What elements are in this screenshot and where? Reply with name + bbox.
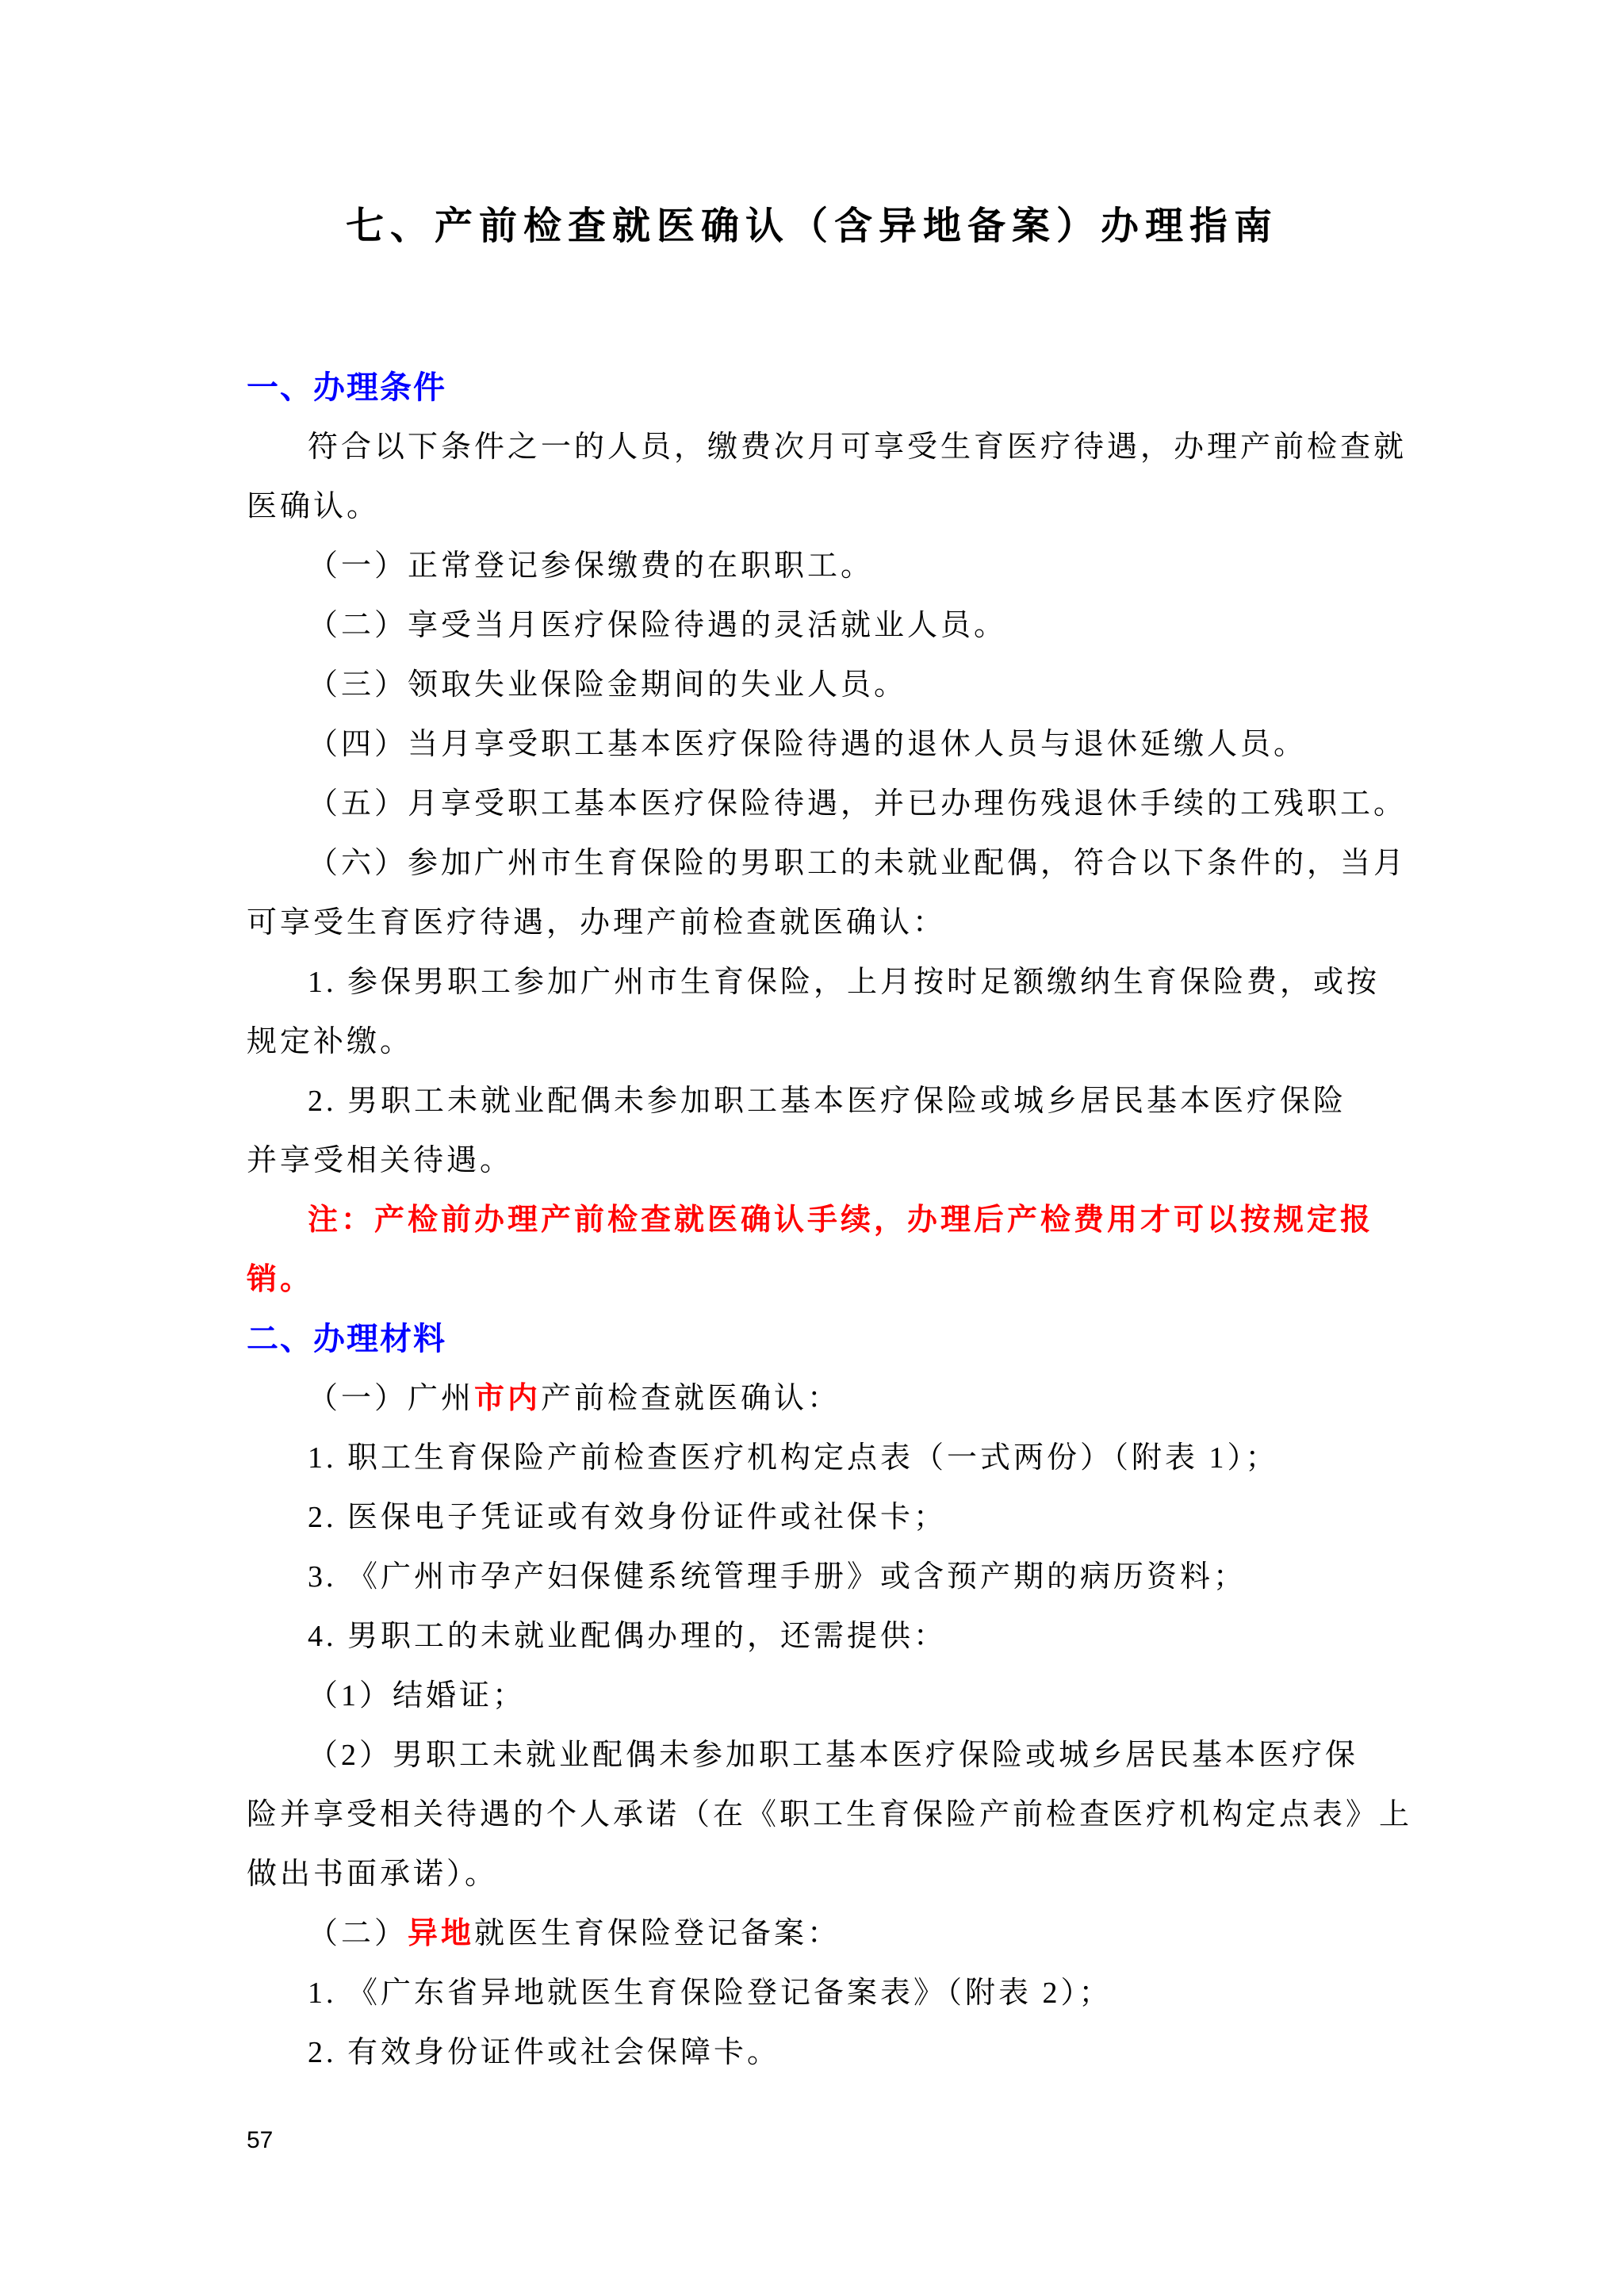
doc-line: 做出书面承诺）。 [247, 1845, 1420, 1904]
doc-line: 1. 《广东省异地就医生育保险登记备案表》（附表 2）； [247, 1964, 1420, 2023]
doc-line: 1. 职工生育保险产前检查医疗机构定点表（一式两份）（附表 1）； [247, 1429, 1420, 1488]
doc-line-segment: 就医生育保险登记备案： [474, 1917, 841, 1950]
doc-line: 4. 男职工的未就业配偶办理的，还需提供： [247, 1607, 1420, 1667]
doc-line: （四）当月享受职工基本医疗保险待遇的退休人员与退休延缴人员。 [247, 715, 1420, 775]
doc-line-segment: 产前检查就医确认： [541, 1382, 841, 1415]
document-body: 一、办理条件 符合以下条件之一的人员，缴费次月可享受生育医疗待遇，办理产前检查就… [247, 358, 1420, 2083]
doc-line: 符合以下条件之一的人员，缴费次月可享受生育医疗待遇，办理产前检查就 [247, 418, 1420, 477]
doc-line: 医确认。 [247, 477, 1420, 537]
section-one-heading: 一、办理条件 [247, 358, 1420, 418]
page-number: 57 [247, 2125, 273, 2156]
doc-line: （二）享受当月医疗保险待遇的灵活就业人员。 [247, 596, 1420, 656]
note-line-2: 销。 [247, 1250, 1420, 1310]
doc-line: （三）领取失业保险金期间的失业人员。 [247, 656, 1420, 715]
doc-line: （2）男职工未就业配偶未参加职工基本医疗保险或城乡居民基本医疗保 [247, 1726, 1420, 1785]
doc-line: （二）异地就医生育保险登记备案： [247, 1904, 1420, 1964]
doc-line: 2. 有效身份证件或社会保障卡。 [247, 2023, 1420, 2083]
doc-line: 规定补缴。 [247, 1012, 1420, 1072]
page-title: 七、产前检查就医确认（含异地备案）办理指南 [0, 203, 1624, 251]
doc-line: 并享受相关待遇。 [247, 1131, 1420, 1191]
doc-line: （一）正常登记参保缴费的在职职工。 [247, 537, 1420, 596]
doc-line: 2. 医保电子凭证或有效身份证件或社保卡； [247, 1488, 1420, 1548]
doc-line: 2. 男职工未就业配偶未参加职工基本医疗保险或城乡居民基本医疗保险 [247, 1072, 1420, 1131]
section-two-heading: 二、办理材料 [247, 1310, 1420, 1369]
emphasis-red: 异地 [408, 1917, 474, 1950]
doc-line: 险并享受相关待遇的个人承诺（在《职工生育保险产前检查医疗机构定点表》上 [247, 1785, 1420, 1845]
emphasis-red: 市内 [474, 1382, 541, 1415]
note-line-1: 注：产检前办理产前检查就医确认手续，办理后产检费用才可以按规定报 [247, 1191, 1420, 1250]
doc-line: （1）结婚证； [247, 1667, 1420, 1726]
doc-line: （一）广州市内产前检查就医确认： [247, 1369, 1420, 1429]
doc-line-segment: （二） [308, 1917, 408, 1950]
document-page: 七、产前检查就医确认（含异地备案）办理指南 一、办理条件 符合以下条件之一的人员… [0, 0, 1624, 2296]
doc-line-segment: （一）广州 [308, 1382, 474, 1415]
doc-line: 可享受生育医疗待遇，办理产前检查就医确认： [247, 894, 1420, 953]
doc-line: （六）参加广州市生育保险的男职工的未就业配偶，符合以下条件的，当月 [247, 834, 1420, 894]
doc-line: 1. 参保男职工参加广州市生育保险，上月按时足额缴纳生育保险费，或按 [247, 953, 1420, 1012]
doc-line: 3. 《广州市孕产妇保健系统管理手册》或含预产期的病历资料； [247, 1548, 1420, 1607]
doc-line: （五）月享受职工基本医疗保险待遇，并已办理伤残退休手续的工残职工。 [247, 775, 1420, 834]
